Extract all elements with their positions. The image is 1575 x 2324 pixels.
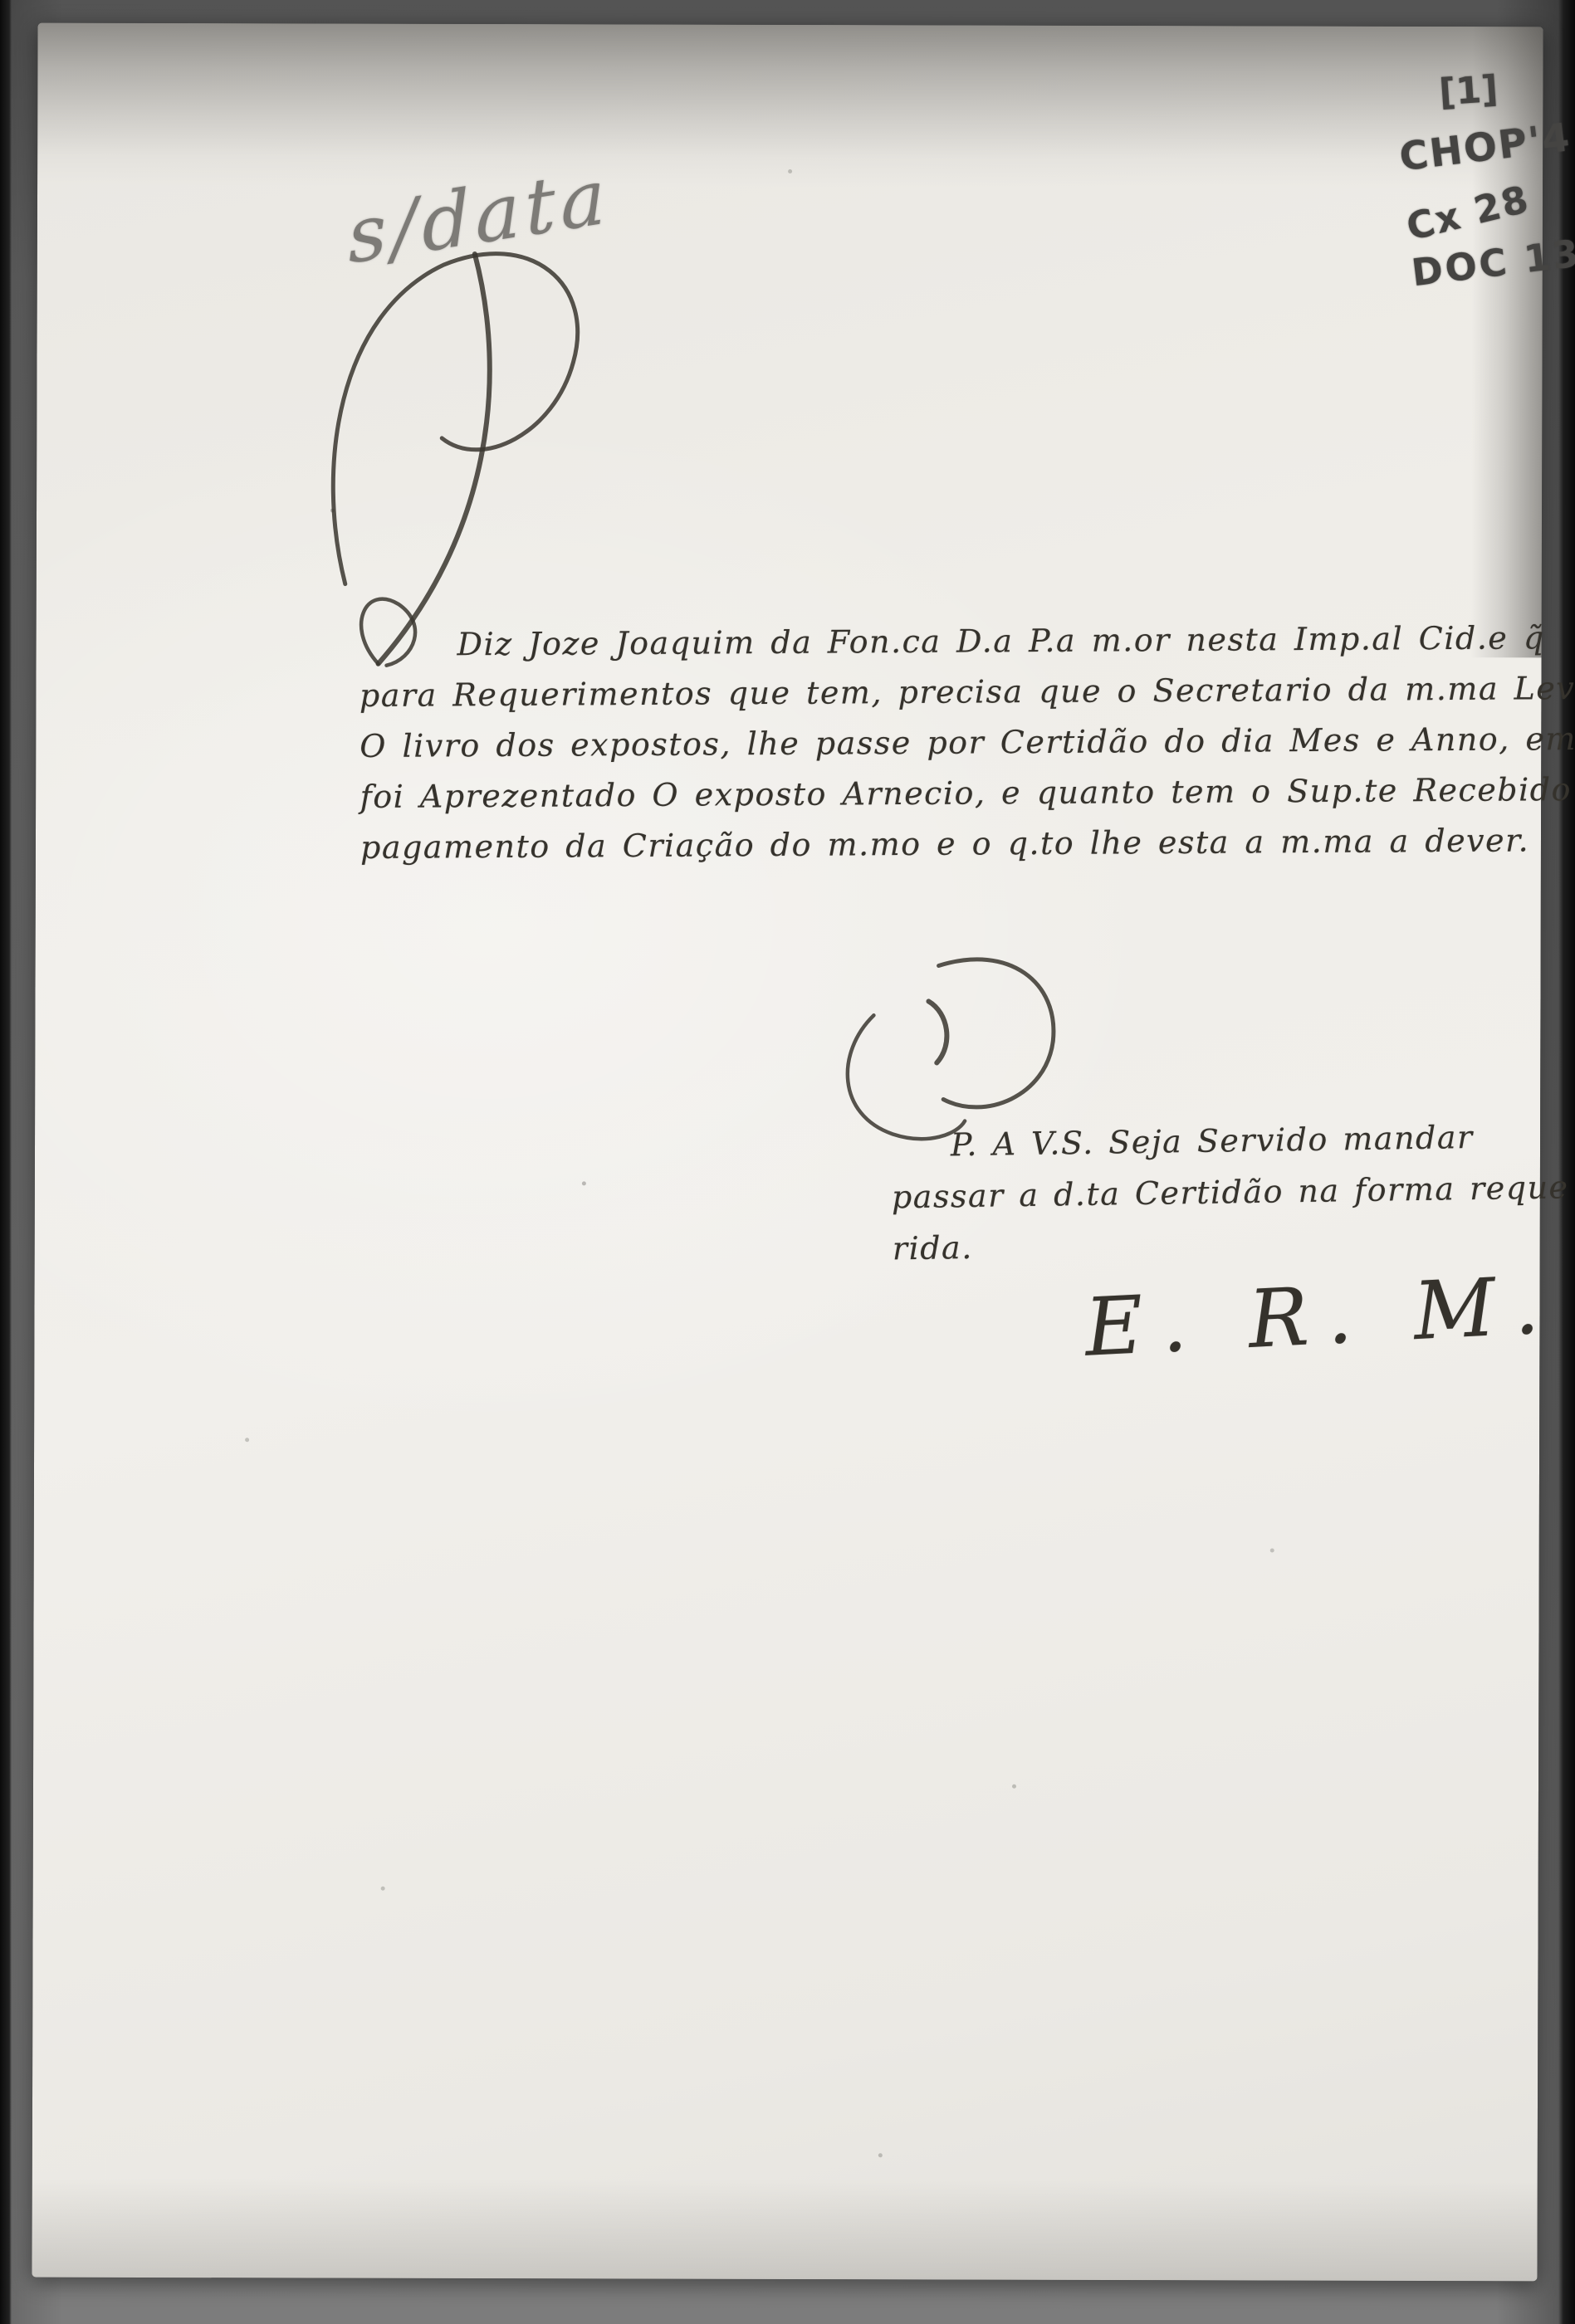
ornate-initial-d-flourish [319, 236, 619, 676]
petition-line: passar a d.ta Certidão na forma reque [891, 1161, 1564, 1223]
petition-formula: P. A V.S. Seja Servido mandar passar a d… [891, 1110, 1566, 1274]
photo-backdrop: s/data [1] CHOP'4 Cx 28 DOC 13 Diz Joze … [0, 0, 1575, 2324]
left-film-edge [0, 0, 12, 2324]
closing-formula-erm: E. R. M. [1083, 1258, 1559, 1374]
paper-bottom-vignette [32, 2178, 1537, 2282]
manuscript-body-line: para Requerimentos que tem, precisa que … [360, 663, 1572, 721]
manuscript-body-line: foi Aprezentado O exposto Arnecio, e qua… [360, 764, 1572, 823]
archival-mark-page-number: [1] [1438, 68, 1499, 115]
ornate-petition-flourish [822, 936, 1072, 1149]
paper-top-shadow [37, 23, 1543, 189]
manuscript-body-line: pagamento da Criação do m.mo e o q.to lh… [360, 815, 1573, 873]
manuscript-body: Diz Joze Joaquim da Fon.ca D.a P.a m.or … [359, 613, 1573, 873]
manuscript-body-line: Diz Joze Joaquim da Fon.ca D.a P.a m.or … [359, 613, 1571, 671]
paper-specks [38, 23, 41, 26]
paper-sheet: s/data [1] CHOP'4 Cx 28 DOC 13 Diz Joze … [32, 23, 1543, 2282]
manuscript-body-line: O livro dos expostos, lhe passe por Cert… [360, 714, 1572, 772]
